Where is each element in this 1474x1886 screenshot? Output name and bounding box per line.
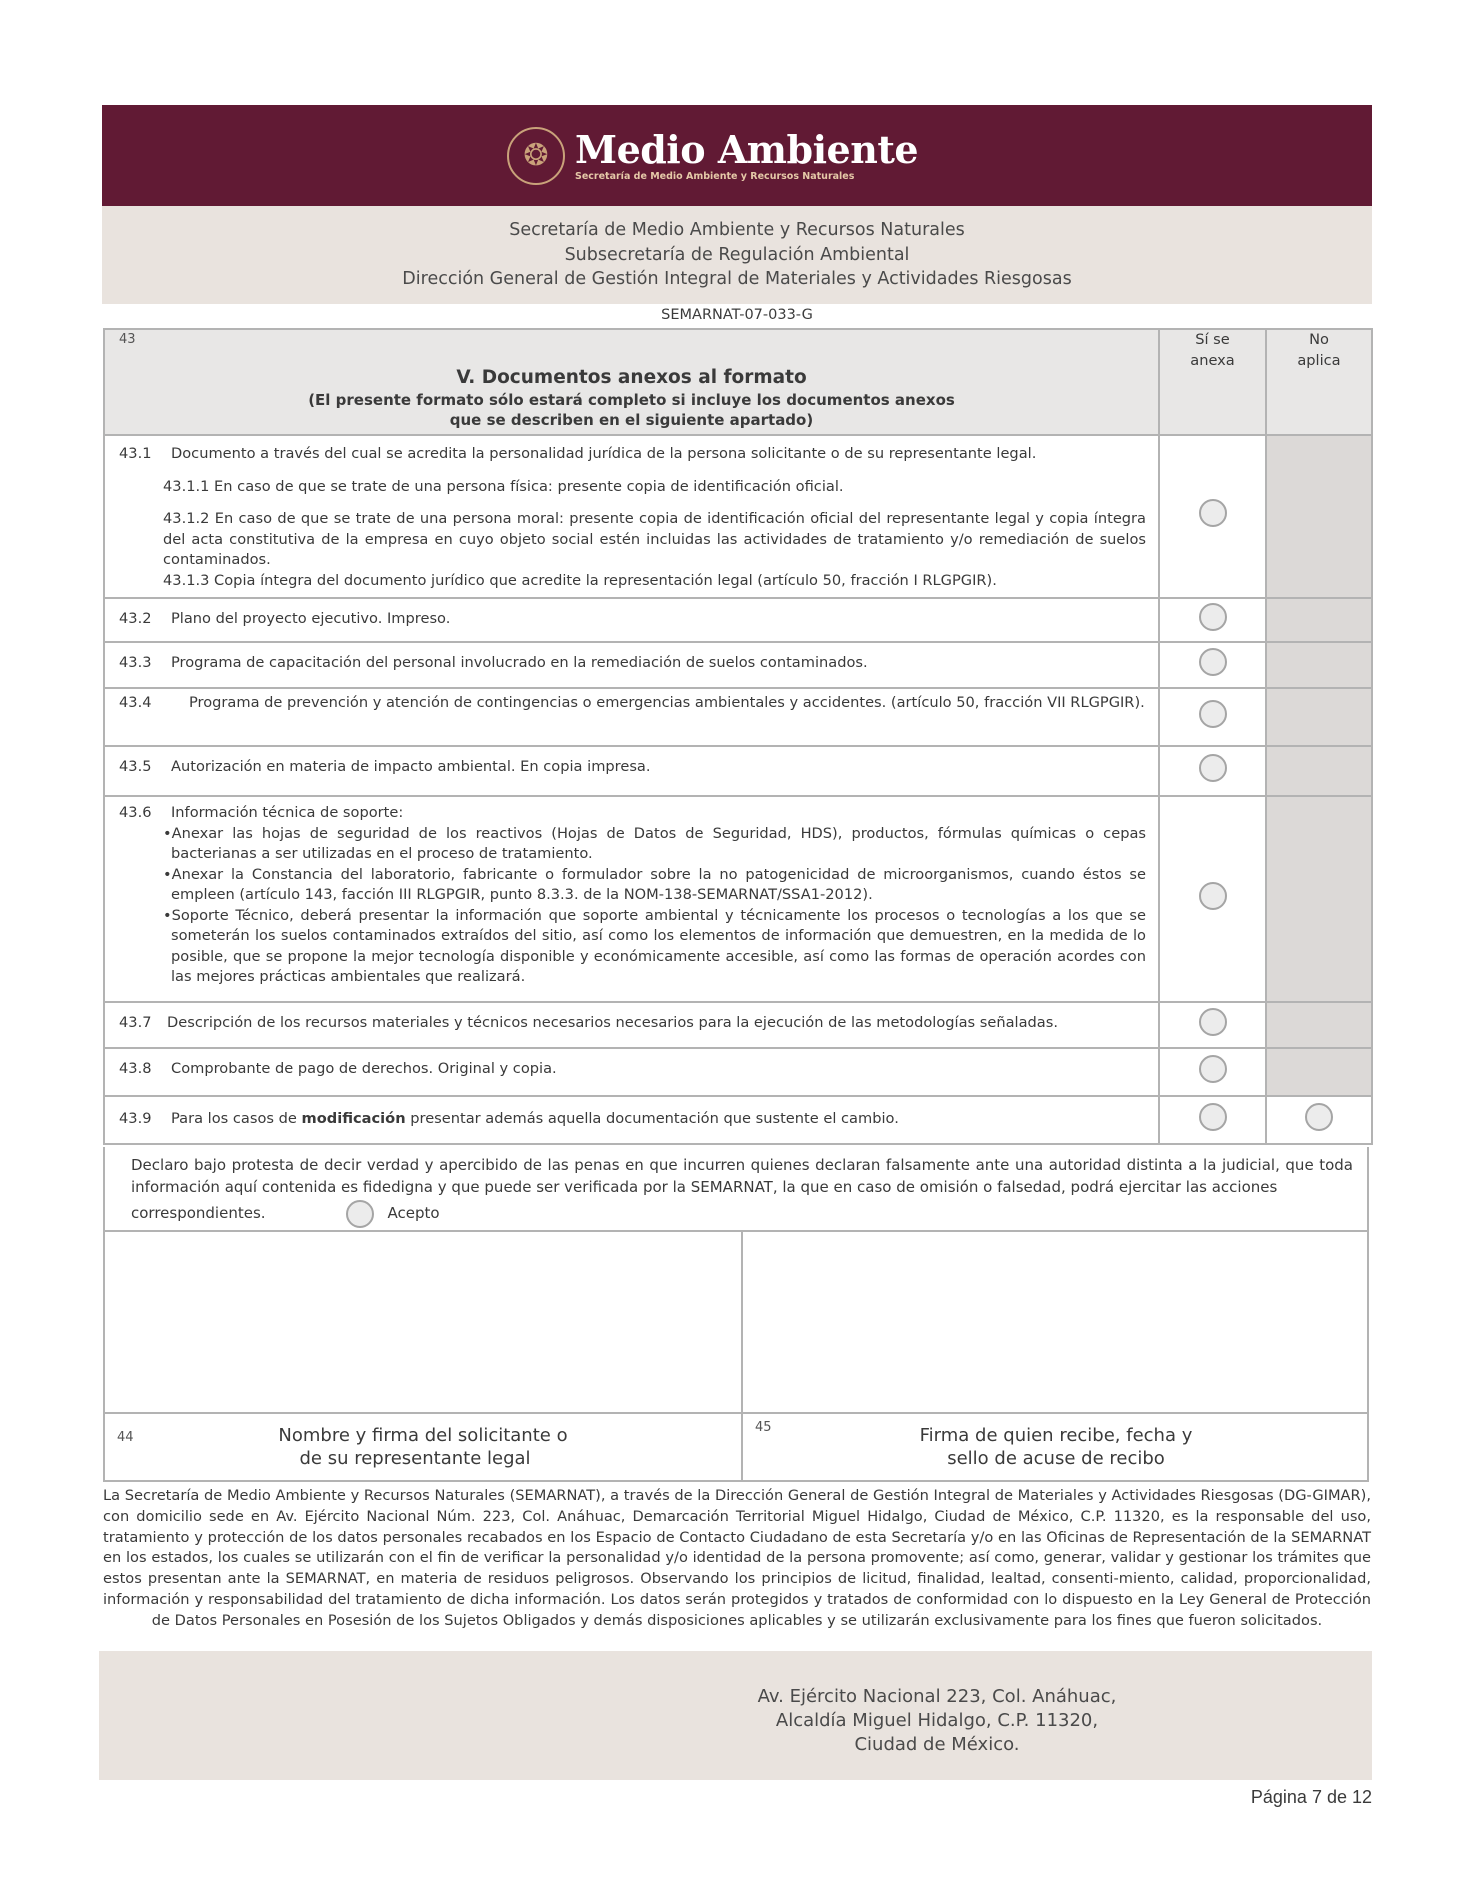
annex-radio[interactable] [1199, 499, 1227, 527]
table-row: 43.7 Descripción de los recursos materia… [104, 1002, 1372, 1048]
annex-radio[interactable] [1199, 648, 1227, 676]
address-line: Ciudad de México. [712, 1733, 1162, 1757]
item-text: Programa de capacitación del personal in… [171, 653, 1146, 674]
logo: ❂ Medio Ambiente Secretaría de Medio Amb… [507, 127, 918, 185]
label-line: sello de acuse de recibo [743, 1447, 1369, 1470]
item-description: 43.4 Programa de prevención y atención d… [104, 688, 1159, 746]
declaration-text: Declaro bajo protesta de decir verdad y … [131, 1155, 1353, 1198]
item-text-part: Para los casos de [171, 1110, 302, 1127]
item-text: Información técnica de soporte: [171, 803, 1146, 824]
annex-radio[interactable] [1199, 1055, 1227, 1083]
signature-section: 44 Nombre y firma del solicitante o de s… [103, 1232, 1369, 1482]
brand-subtitle: Secretaría de Medio Ambiente y Recursos … [575, 171, 918, 182]
label-line: Nombre y firma del solicitante o [105, 1424, 741, 1447]
table-row: 43.1 Documento a través del cual se acre… [104, 435, 1372, 598]
annex-radio[interactable] [1199, 1008, 1227, 1036]
declaration-box: Declaro bajo protesta de decir verdad y … [103, 1147, 1369, 1232]
sub-item: 43.1.2 En caso de que se trate de una pe… [163, 509, 1146, 571]
table-row: 43.9 Para los casos de modificación pres… [104, 1096, 1372, 1144]
annex-cell [1159, 1048, 1266, 1096]
column-header-text: No [1267, 330, 1371, 351]
na-cell-disabled [1266, 688, 1372, 746]
annex-radio[interactable] [1199, 700, 1227, 728]
form-code: SEMARNAT-07-033-G [102, 305, 1372, 325]
column-header-text: anexa [1160, 351, 1265, 372]
accept-label[interactable]: Acepto [388, 1203, 440, 1225]
annex-radio[interactable] [1199, 603, 1227, 631]
na-cell-disabled [1266, 1048, 1372, 1096]
item-text: Para los casos de modificación presentar… [171, 1109, 1146, 1130]
annex-cell [1159, 435, 1266, 598]
section-title: V. Documentos anexos al formato [105, 366, 1158, 390]
header-banner: ❂ Medio Ambiente Secretaría de Medio Amb… [102, 105, 1372, 206]
item-number: 43.6 [119, 803, 152, 824]
declaration-text-end: correspondientes. [131, 1203, 266, 1225]
na-cell-disabled [1266, 1002, 1372, 1048]
item-number: 43.9 [119, 1109, 152, 1130]
column-header-text: Sí se [1160, 330, 1265, 351]
table-row: 43.3 Programa de capacitación del person… [104, 642, 1372, 688]
item-description: 43.1 Documento a través del cual se acre… [104, 435, 1159, 598]
label-line: de su representante legal [89, 1447, 741, 1470]
annex-radio[interactable] [1199, 882, 1227, 910]
item-number: 43.8 [119, 1059, 152, 1080]
item-text-part: presentar además aquella documentación q… [406, 1110, 899, 1127]
table-header-row: 43 V. Documentos anexos al formato (El p… [104, 329, 1372, 435]
table-row: 43.6 Información técnica de soporte: •An… [104, 796, 1372, 1002]
divider [743, 1412, 1369, 1414]
section-subtitle: (El presente formato sólo estará complet… [105, 390, 1158, 410]
item-description: 43.7 Descripción de los recursos materia… [104, 1002, 1159, 1048]
label-line: Firma de quien recibe, fecha y [743, 1424, 1369, 1447]
item-number: 43.4 [119, 693, 152, 714]
agency-line: Subsecretaría de Regulación Ambiental [102, 243, 1372, 268]
table-row: 43.5 Autorización en materia de impacto … [104, 746, 1372, 796]
bullet-text: Soporte Técnico, deberá presentar la inf… [171, 907, 1146, 986]
item-text: Plano del proyecto ejecutivo. Impreso. [171, 609, 1146, 630]
address: Av. Ejército Nacional 223, Col. Anáhuac,… [712, 1685, 1162, 1757]
annex-cell [1159, 1002, 1266, 1048]
na-cell [1266, 1096, 1372, 1144]
na-cell-disabled [1266, 796, 1372, 1002]
na-cell-disabled [1266, 598, 1372, 642]
column-header-text: aplica [1267, 351, 1371, 372]
divider [105, 1412, 741, 1414]
item-number: 43.2 [119, 609, 152, 630]
applicant-signature-label: Nombre y firma del solicitante o de su r… [105, 1424, 741, 1470]
page-number: Página 7 de 12 [1251, 1787, 1372, 1808]
bullet-item: •Soporte Técnico, deberá presentar la in… [163, 906, 1146, 988]
item-text: Comprobante de pago de derechos. Origina… [171, 1059, 1146, 1080]
item-text: Descripción de los recursos materiales y… [167, 1013, 1146, 1034]
annex-cell [1159, 642, 1266, 688]
address-line: Av. Ejército Nacional 223, Col. Anáhuac, [712, 1685, 1162, 1709]
bullet-text: Anexar la Constancia del laboratorio, fa… [171, 866, 1146, 904]
sub-item: 43.1.1 En caso de que se trate de una pe… [163, 477, 1146, 498]
applicant-signature-box[interactable]: 44 Nombre y firma del solicitante o de s… [105, 1232, 743, 1480]
na-cell-disabled [1266, 435, 1372, 598]
accept-radio[interactable] [346, 1200, 374, 1228]
footer-panel: Av. Ejército Nacional 223, Col. Anáhuac,… [99, 1651, 1372, 1780]
item-description: 43.2 Plano del proyecto ejecutivo. Impre… [104, 598, 1159, 642]
item-number: 43.3 [119, 653, 152, 674]
annex-cell [1159, 746, 1266, 796]
section-subtitle: que se describen en el siguiente apartad… [105, 410, 1158, 430]
bullet-text: Anexar las hojas de seguridad de los rea… [171, 825, 1146, 863]
section-header: 43 V. Documentos anexos al formato (El p… [104, 329, 1159, 435]
documents-table: 43 V. Documentos anexos al formato (El p… [103, 328, 1373, 1145]
receiver-signature-label: Firma de quien recibe, fecha y sello de … [743, 1424, 1369, 1470]
item-number: 43.5 [119, 757, 152, 778]
not-applicable-radio[interactable] [1305, 1103, 1333, 1131]
agency-line: Dirección General de Gestión Integral de… [102, 267, 1372, 292]
coat-of-arms-seal-icon: ❂ [507, 127, 565, 185]
item-description: 43.9 Para los casos de modificación pres… [104, 1096, 1159, 1144]
annex-cell [1159, 796, 1266, 1002]
section-number: 43 [119, 330, 136, 351]
na-cell-disabled [1266, 746, 1372, 796]
annex-cell [1159, 598, 1266, 642]
table-row: 43.2 Plano del proyecto ejecutivo. Impre… [104, 598, 1372, 642]
agency-line: Secretaría de Medio Ambiente y Recursos … [102, 218, 1372, 243]
brand-title: Medio Ambiente [575, 130, 918, 170]
item-description: 43.3 Programa de capacitación del person… [104, 642, 1159, 688]
privacy-notice: La Secretaría de Medio Ambiente y Recurs… [103, 1486, 1371, 1632]
na-cell-disabled [1266, 642, 1372, 688]
annex-cell [1159, 688, 1266, 746]
item-number: 43.1 [119, 444, 152, 465]
item-description: 43.8 Comprobante de pago de derechos. Or… [104, 1048, 1159, 1096]
item-text: Programa de prevención y atención de con… [171, 693, 1146, 714]
item-text: Autorización en materia de impacto ambie… [171, 757, 1146, 778]
column-header-not-applicable: No aplica [1266, 329, 1372, 435]
table-row: 43.8 Comprobante de pago de derechos. Or… [104, 1048, 1372, 1096]
annex-cell [1159, 1096, 1266, 1144]
annex-radio[interactable] [1199, 754, 1227, 782]
bullet-item: •Anexar la Constancia del laboratorio, f… [163, 865, 1146, 906]
sub-item: 43.1.3 Copia íntegra del documento juríd… [163, 571, 1146, 592]
item-text: Documento a través del cual se acredita … [171, 444, 1146, 465]
address-line: Alcaldía Miguel Hidalgo, C.P. 11320, [712, 1709, 1162, 1733]
agency-header: Secretaría de Medio Ambiente y Recursos … [102, 206, 1372, 304]
item-description: 43.5 Autorización en materia de impacto … [104, 746, 1159, 796]
table-row: 43.4 Programa de prevención y atención d… [104, 688, 1372, 746]
item-number: 43.7 [119, 1013, 152, 1034]
item-text-bold: modificación [302, 1110, 406, 1127]
bullet-item: •Anexar las hojas de seguridad de los re… [163, 824, 1146, 865]
annex-radio[interactable] [1199, 1103, 1227, 1131]
receiver-signature-box[interactable]: 45 Firma de quien recibe, fecha y sello … [743, 1232, 1369, 1480]
item-description: 43.6 Información técnica de soporte: •An… [104, 796, 1159, 1002]
column-header-annex: Sí se anexa [1159, 329, 1266, 435]
